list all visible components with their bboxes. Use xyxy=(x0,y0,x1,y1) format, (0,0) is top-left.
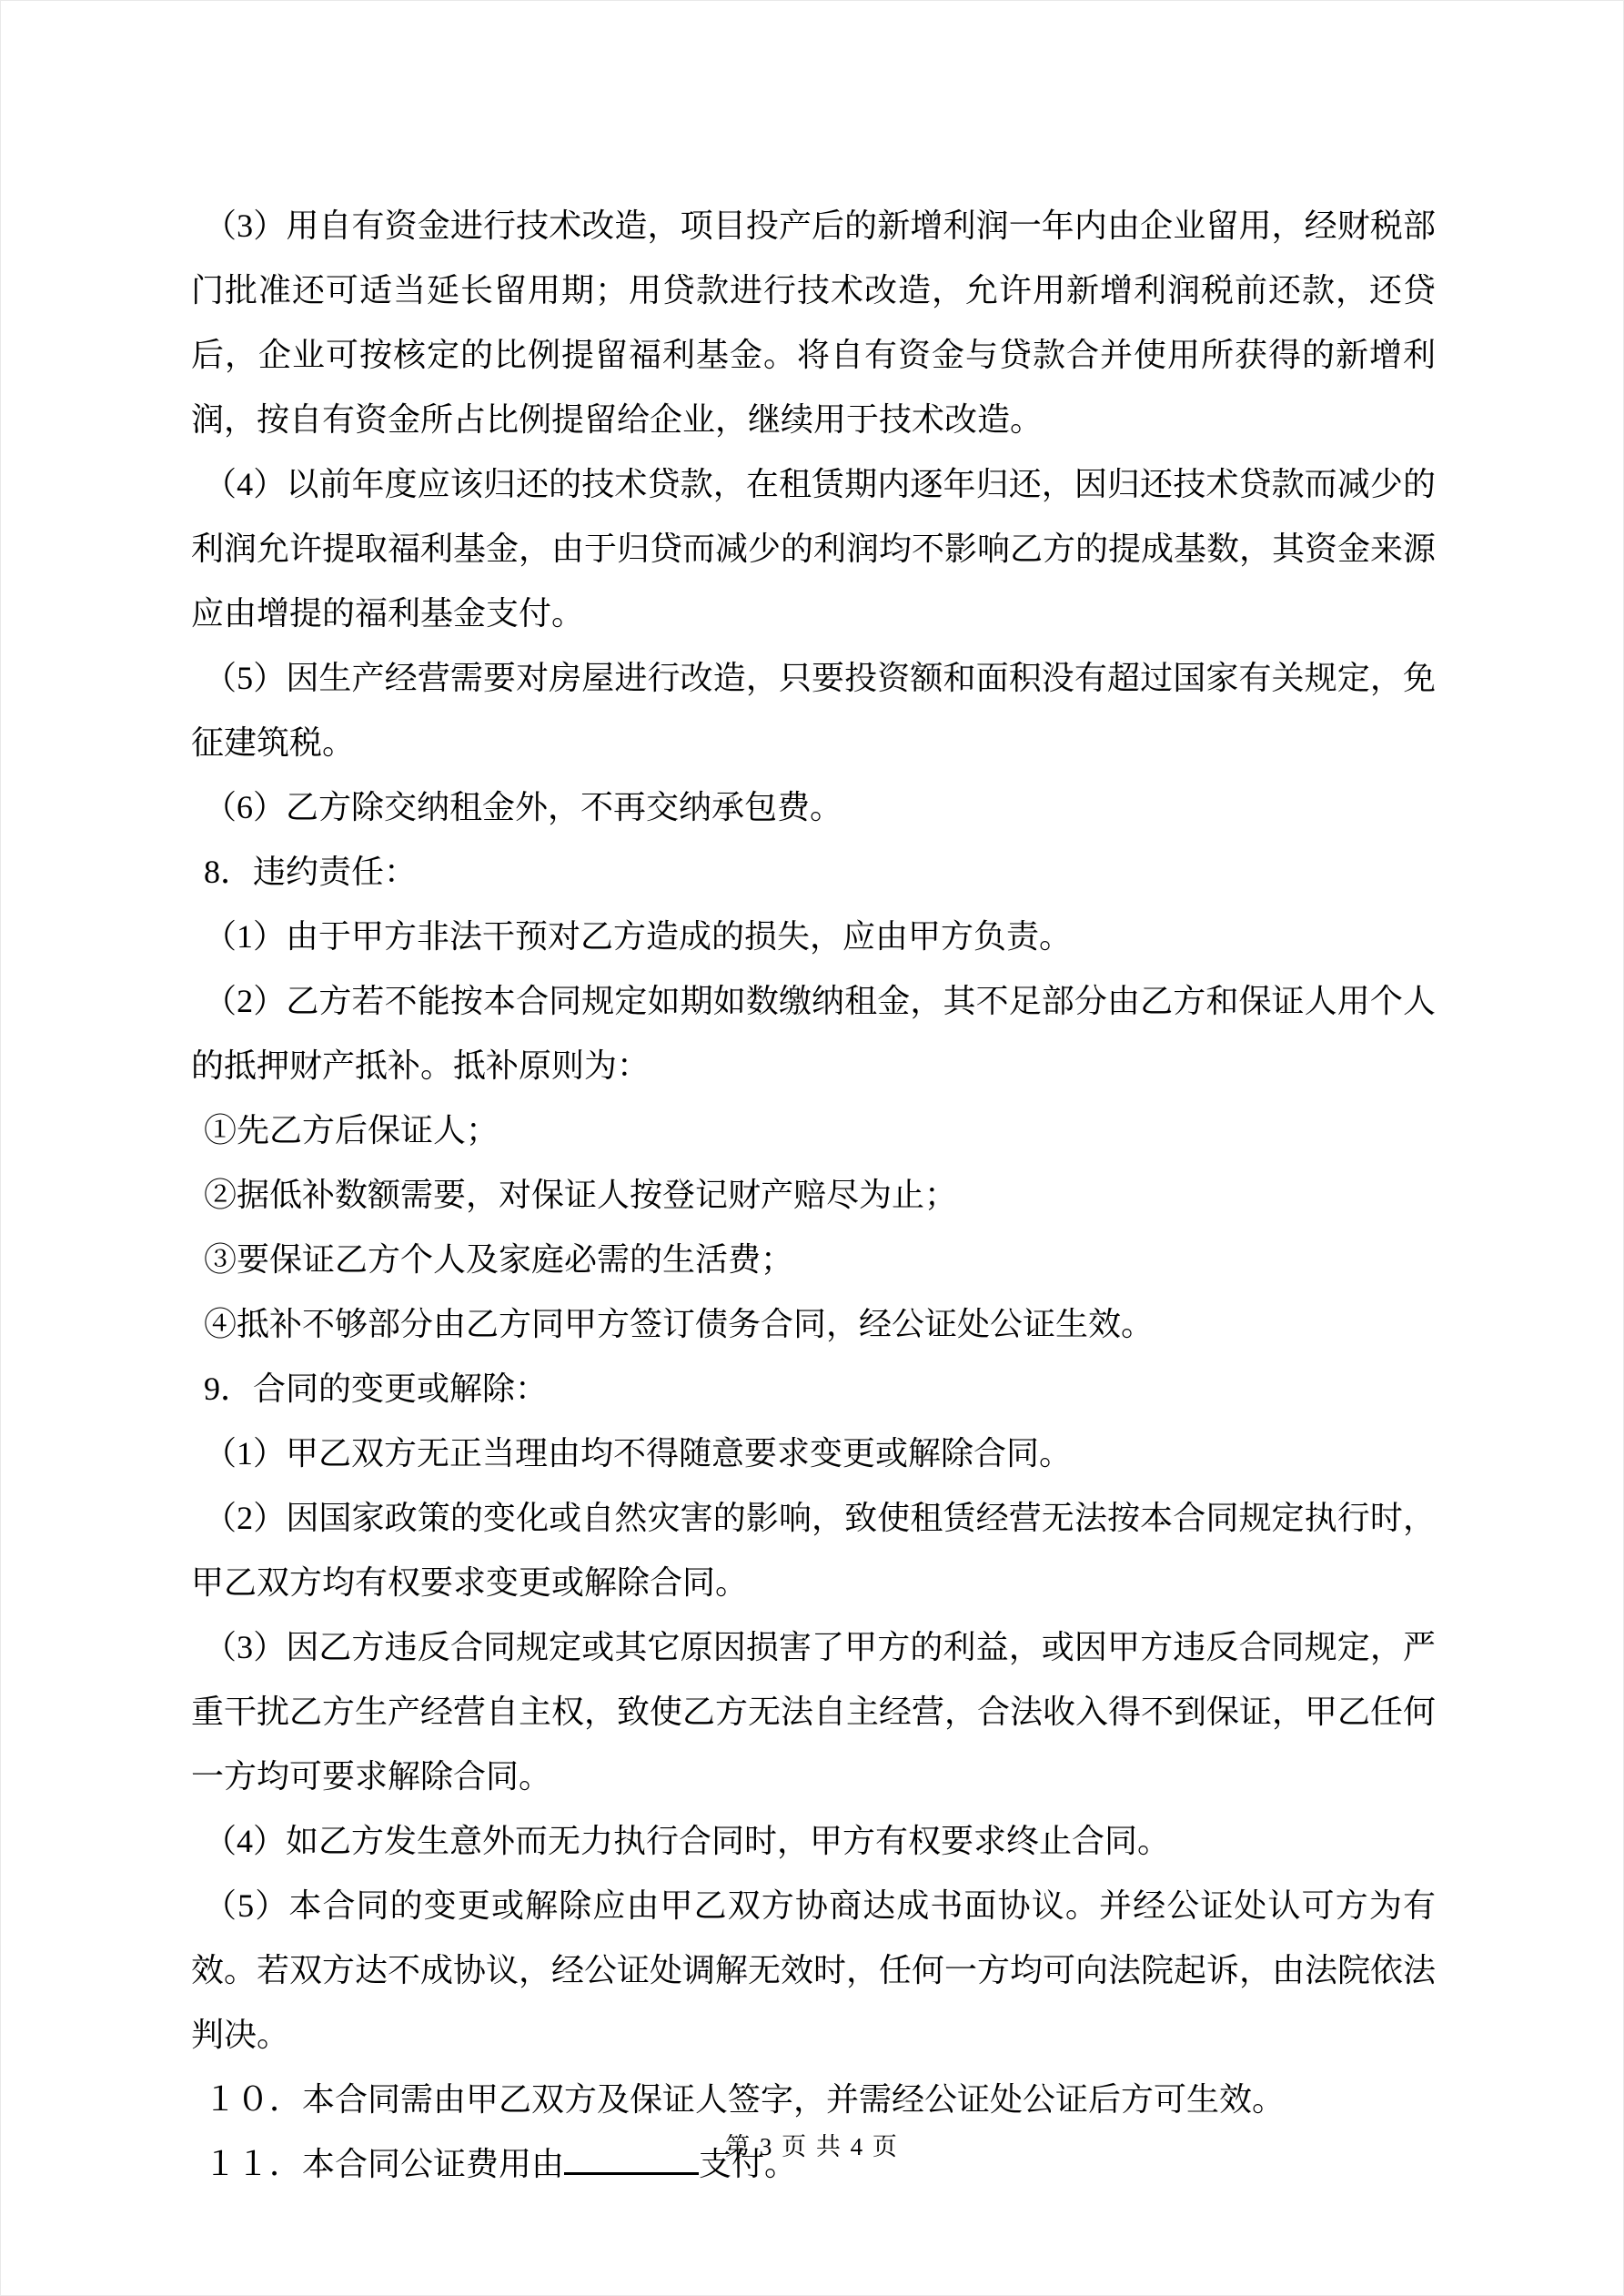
notary-fee-blank xyxy=(564,2172,699,2175)
section-8-heading: 8．违约责任： xyxy=(191,840,1436,905)
section-9-heading: 9．合同的变更或解除： xyxy=(191,1357,1436,1421)
section-8-item-2: （2）乙方若不能按本合同规定如期如数缴纳租金，其不足部分由乙方和保证人用个人的抵… xyxy=(191,969,1436,1098)
section-9-item-3: （3）因乙方违反合同规定或其它原因损害了甲方的利益，或因甲方违反合同规定，严重干… xyxy=(191,1615,1436,1809)
contract-body: （3）用自有资金进行技术改造，项目投产后的新增利润一年内由企业留用，经财税部门批… xyxy=(191,194,1436,2197)
clause-10-signatures: １０．本合同需由甲乙双方及保证人签字，并需经公证处公证后方可生效。 xyxy=(191,2068,1436,2132)
section-9-item-5: （5）本合同的变更或解除应由甲乙双方协商达成书面协议。并经公证处认可方为有效。若… xyxy=(191,1874,1436,2068)
item-3-tech-reform: （3）用自有资金进行技术改造，项目投产后的新增利润一年内由企业留用，经财税部门批… xyxy=(191,194,1436,452)
section-9-item-2: （2）因国家政策的变化或自然灾害的影响，致使租赁经营无法按本合同规定执行时，甲乙… xyxy=(191,1486,1436,1615)
section-8-item-1: （1）由于甲方非法干预对乙方造成的损失，应由甲方负责。 xyxy=(191,905,1436,969)
item-5-building-tax: （5）因生产经营需要对房屋进行改造，只要投资额和面积没有超过国家有关规定，免征建… xyxy=(191,646,1436,775)
contract-page: （3）用自有资金进行技术改造，项目投产后的新增利润一年内由企业留用，经财税部门批… xyxy=(0,0,1624,2296)
principle-1: ①先乙方后保证人； xyxy=(191,1098,1436,1163)
principle-4: ④抵补不够部分由乙方同甲方签订债务合同，经公证处公证生效。 xyxy=(191,1292,1436,1357)
item-4-tech-loans: （4）以前年度应该归还的技术贷款，在租赁期内逐年归还，因归还技术贷款而减少的利润… xyxy=(191,452,1436,646)
section-9-item-4: （4）如乙方发生意外而无力执行合同时，甲方有权要求终止合同。 xyxy=(191,1809,1436,1874)
principle-2: ②据低补数额需要，对保证人按登记财产赔尽为止； xyxy=(191,1163,1436,1228)
page-footer: 第 3 页 共 4 页 xyxy=(1,2129,1623,2165)
principle-3: ③要保证乙方个人及家庭必需的生活费； xyxy=(191,1228,1436,1292)
section-9-item-1: （1）甲乙双方无正当理由均不得随意要求变更或解除合同。 xyxy=(191,1421,1436,1486)
item-6-rent-only: （6）乙方除交纳租金外，不再交纳承包费。 xyxy=(191,775,1436,840)
